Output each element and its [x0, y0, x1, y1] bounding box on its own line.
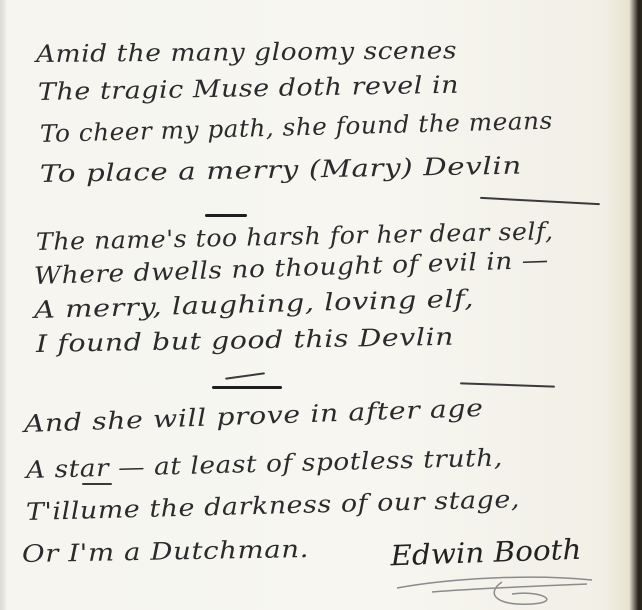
poem-line: T'illume the darkness of our stage,	[26, 485, 521, 526]
poem-line: The tragic Muse doth revel in	[38, 71, 459, 106]
signature-flourish-icon	[392, 570, 602, 610]
poem-line: And she will prove in after age	[24, 394, 484, 438]
poem-line: A merry, laughing, loving elf,	[34, 284, 475, 324]
stanza-divider	[212, 386, 282, 389]
poem-line: I found but good this Devlin	[36, 323, 454, 358]
page-left-edge	[0, 0, 6, 610]
poem-line: To cheer my path, she found the means	[40, 107, 553, 148]
word-underline	[82, 483, 112, 485]
name-underline	[480, 197, 600, 205]
page-right-edge	[638, 0, 642, 610]
word-underline	[225, 372, 265, 379]
stanza-divider	[205, 214, 247, 217]
name-underline	[460, 382, 555, 387]
poem-line: Amid the many gloomy scenes	[36, 36, 457, 68]
signature: Edwin Booth	[390, 533, 582, 573]
poem-line: To place a merry (Mary) Devlin	[40, 152, 522, 188]
album-page: Amid the many gloomy scenes The tragic M…	[0, 0, 642, 610]
poem-line: A star — at least of spotless truth,	[26, 444, 503, 484]
poem-line: Or I'm a Dutchman.	[22, 535, 309, 568]
